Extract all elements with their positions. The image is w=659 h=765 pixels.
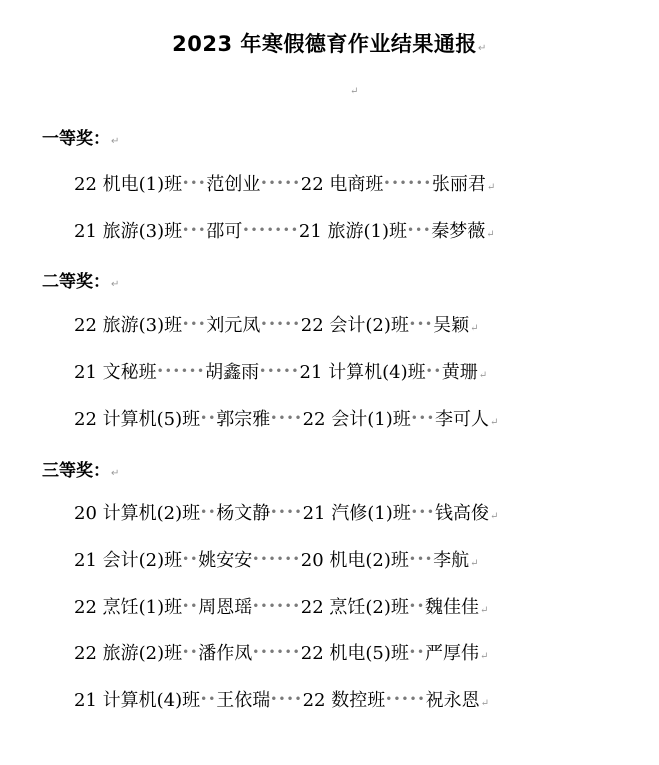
student-name-1: 潘作凤 xyxy=(198,643,252,664)
leader-dots: •• xyxy=(409,645,425,659)
paragraph-mark-icon: ↵ xyxy=(486,229,494,240)
heading-text: 二等奖： xyxy=(42,272,110,292)
class-name-2: 22 会计(2)班 xyxy=(301,315,409,336)
leader-dots: •••• xyxy=(270,692,302,706)
winner-row: 21 会计(2)班••姚安安••••••20 机电(2)班•••李航↵ xyxy=(74,546,479,570)
class-name-2: 21 汽修(1)班 xyxy=(303,503,411,524)
student-name-1: 邵可 xyxy=(206,221,242,242)
student-name-2: 严厚伟 xyxy=(425,643,479,664)
leader-dots: •••••• xyxy=(383,176,431,190)
leader-dots: ••• xyxy=(409,317,433,331)
leader-dots: •• xyxy=(200,505,216,519)
award-heading: 三等奖：↵ xyxy=(42,456,119,481)
winner-row: 21 文秘班••••••胡鑫雨•••••21 计算机(4)班••黄珊↵ xyxy=(74,358,487,382)
leader-dots: •• xyxy=(409,599,425,613)
paragraph-mark-icon: ↵ xyxy=(490,511,498,522)
class-name-1: 20 计算机(2)班 xyxy=(74,503,200,524)
paragraph-mark-icon: ↵ xyxy=(480,651,488,662)
paragraph-mark-icon: ↵ xyxy=(470,323,478,334)
title-text: 2023 年寒假德育作业结果通报 xyxy=(172,32,477,56)
leader-dots: •• xyxy=(182,599,198,613)
student-name-1: 郭宗雅 xyxy=(216,409,270,430)
leader-dots: ••• xyxy=(411,411,435,425)
class-name-2: 20 机电(2)班 xyxy=(301,550,409,571)
winner-row: 22 旅游(2)班••潘作凤••••••22 机电(5)班••严厚伟↵ xyxy=(74,639,488,663)
paragraph-mark-icon: ↵ xyxy=(487,182,495,193)
class-name-2: 22 机电(5)班 xyxy=(301,643,409,664)
student-name-2: 祝永恩 xyxy=(426,690,480,711)
winner-row: 22 计算机(5)班••郭宗雅••••22 会计(1)班•••李可人↵ xyxy=(74,405,498,429)
class-name-1: 21 旅游(3)班 xyxy=(74,221,182,242)
student-name-2: 钱高俊 xyxy=(435,503,489,524)
class-name-1: 22 烹饪(1)班 xyxy=(74,597,182,618)
class-name-2: 22 电商班 xyxy=(301,174,384,195)
leader-dots: •••••• xyxy=(252,645,300,659)
paragraph-mark-icon: ↵ xyxy=(470,558,478,569)
student-name-2: 秦梦薇 xyxy=(431,221,485,242)
class-name-1: 21 会计(2)班 xyxy=(74,550,182,571)
leader-dots: •••••• xyxy=(252,599,300,613)
student-name-1: 周恩瑶 xyxy=(198,597,252,618)
class-name-2: 22 数控班 xyxy=(303,690,386,711)
leader-dots: ••• xyxy=(182,176,206,190)
student-name-1: 杨文静 xyxy=(216,503,270,524)
paragraph-mark-icon: ↵ xyxy=(478,43,487,54)
document-title: 2023 年寒假德育作业结果通报↵ xyxy=(0,28,659,58)
winner-row: 22 旅游(3)班•••刘元凤•••••22 会计(2)班•••吴颖↵ xyxy=(74,311,479,335)
paragraph-mark-icon: ↵ xyxy=(111,136,119,147)
leader-dots: •• xyxy=(182,552,198,566)
class-name-1: 21 文秘班 xyxy=(74,362,157,383)
leader-dots: •••• xyxy=(270,505,302,519)
winner-row: 21 计算机(4)班••王依瑞••••22 数控班•••••祝永恩↵ xyxy=(74,686,489,710)
student-name-1: 胡鑫雨 xyxy=(205,362,259,383)
student-name-2: 李可人 xyxy=(435,409,489,430)
leader-dots: ••••• xyxy=(259,364,299,378)
paragraph-mark-icon: ↵ xyxy=(480,605,488,616)
leader-dots: ••••• xyxy=(260,176,300,190)
class-name-1: 22 机电(1)班 xyxy=(74,174,182,195)
paragraph-mark-icon: ↵ xyxy=(111,468,119,479)
paragraph-mark-icon: ↵ xyxy=(479,370,487,381)
leader-dots: ••• xyxy=(407,223,431,237)
class-name-2: 22 会计(1)班 xyxy=(303,409,411,430)
award-heading: 二等奖：↵ xyxy=(42,267,119,292)
student-name-2: 魏佳佳 xyxy=(425,597,479,618)
student-name-1: 刘元凤 xyxy=(206,315,260,336)
class-name-2: 21 旅游(1)班 xyxy=(299,221,407,242)
class-name-1: 22 旅游(3)班 xyxy=(74,315,182,336)
student-name-1: 王依瑞 xyxy=(216,690,270,711)
leader-dots: ••••• xyxy=(260,317,300,331)
award-heading: 一等奖：↵ xyxy=(42,124,119,149)
student-name-2: 吴颖 xyxy=(433,315,469,336)
winner-row: 20 计算机(2)班••杨文静••••21 汽修(1)班•••钱高俊↵ xyxy=(74,499,498,523)
leader-dots: •••••• xyxy=(252,552,300,566)
leader-dots: ••• xyxy=(182,317,206,331)
heading-text: 三等奖： xyxy=(42,461,110,481)
leader-dots: •••••• xyxy=(157,364,205,378)
student-name-2: 黄珊 xyxy=(442,362,478,383)
leader-dots: ••••••• xyxy=(242,223,299,237)
class-name-1: 22 计算机(5)班 xyxy=(74,409,200,430)
class-name-2: 21 计算机(4)班 xyxy=(300,362,426,383)
paragraph-mark-icon: ↵ xyxy=(481,698,489,709)
class-name-1: 21 计算机(4)班 xyxy=(74,690,200,711)
winner-row: 22 机电(1)班•••范创业•••••22 电商班••••••张丽君↵ xyxy=(74,170,495,194)
paragraph-mark-icon: ↵ xyxy=(490,417,498,428)
student-name-1: 范创业 xyxy=(206,174,260,195)
leader-dots: •• xyxy=(200,411,216,425)
leader-dots: ••• xyxy=(182,223,206,237)
winner-row: 21 旅游(3)班•••邵可•••••••21 旅游(1)班•••秦梦薇↵ xyxy=(74,217,495,241)
leader-dots: •• xyxy=(426,364,442,378)
class-name-1: 22 旅游(2)班 xyxy=(74,643,182,664)
leader-dots: •• xyxy=(200,692,216,706)
leader-dots: ••• xyxy=(409,552,433,566)
leader-dots: •• xyxy=(182,645,198,659)
student-name-2: 张丽君 xyxy=(432,174,486,195)
paragraph-mark-icon: ↵ xyxy=(111,279,119,290)
leader-dots: •••• xyxy=(270,411,302,425)
leader-dots: ••• xyxy=(411,505,435,519)
empty-paragraph-mark-icon: ↵ xyxy=(350,86,358,97)
student-name-1: 姚安安 xyxy=(198,550,252,571)
class-name-2: 22 烹饪(2)班 xyxy=(301,597,409,618)
leader-dots: ••••• xyxy=(385,692,425,706)
heading-text: 一等奖： xyxy=(42,129,110,149)
student-name-2: 李航 xyxy=(433,550,469,571)
winner-row: 22 烹饪(1)班••周恩瑶••••••22 烹饪(2)班••魏佳佳↵ xyxy=(74,593,488,617)
